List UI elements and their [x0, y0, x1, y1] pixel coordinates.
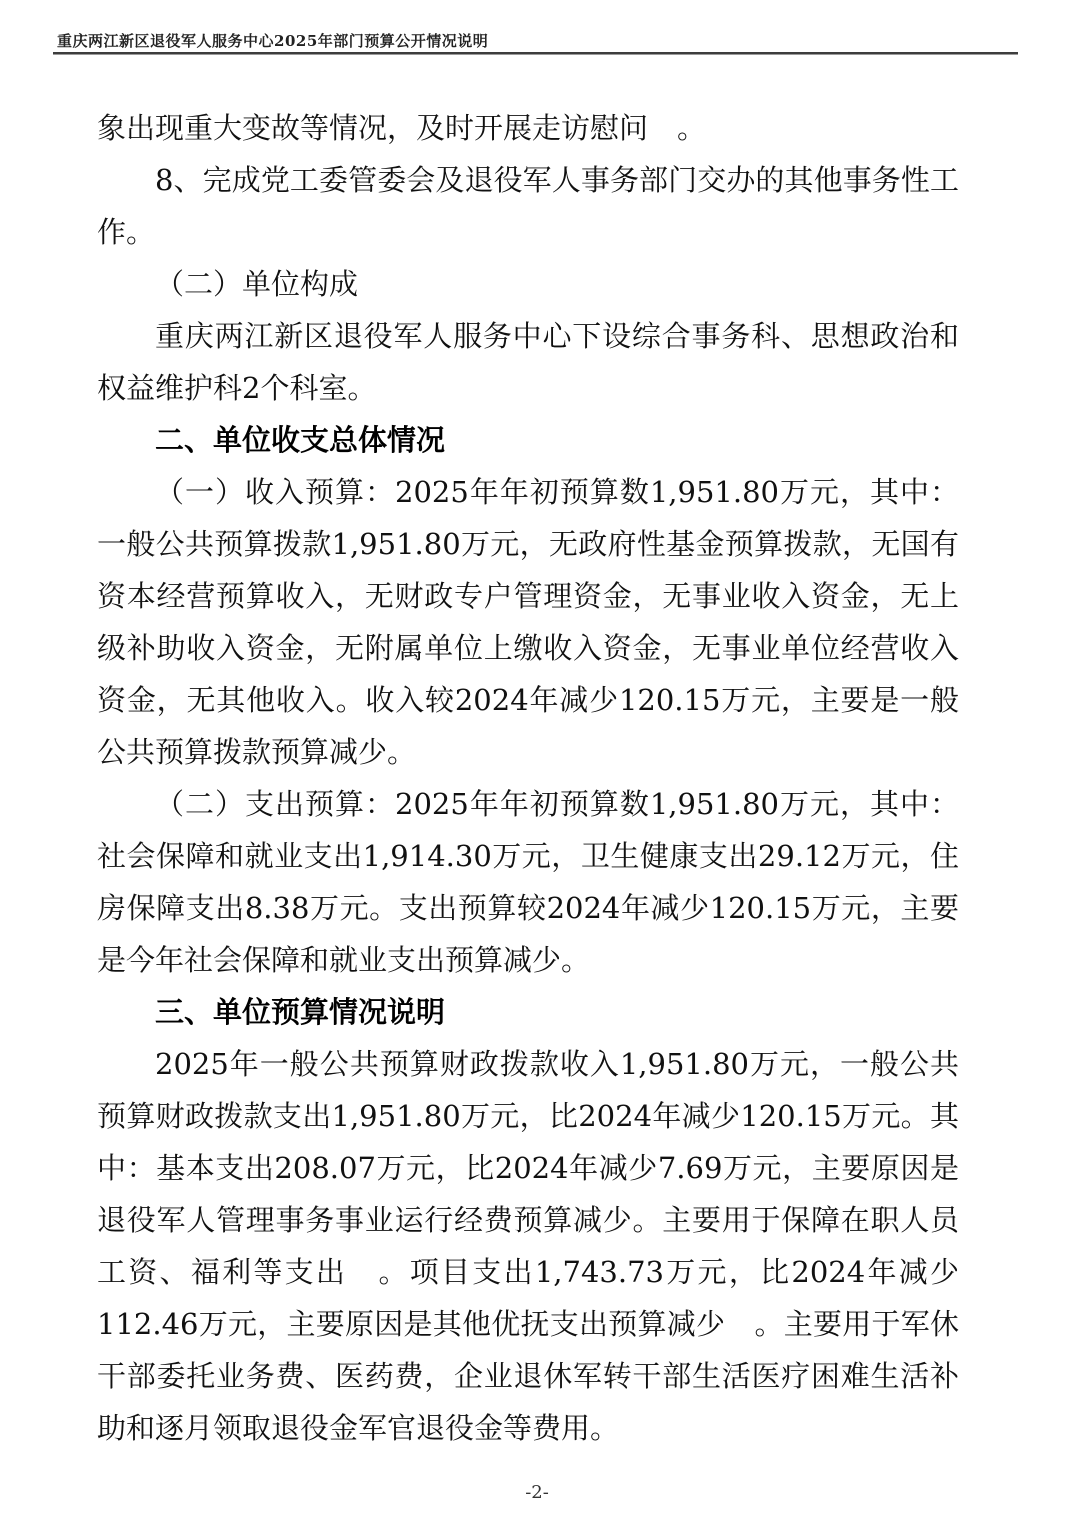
- paragraph-budget-explanation-body: 2025年一般公共预算财政拨款收入1,951.80万元，一般公共预算财政拨款支出…: [97, 1038, 959, 1454]
- paragraph-expense-budget: （二）支出预算：2025年年初预算数1,951.80万元，其中：社会保障和就业支…: [97, 778, 959, 986]
- paragraph-item-8: 8、完成党工委管委会及退役军人事务部门交办的其他事务性工作。: [97, 154, 959, 258]
- running-header-title: 重庆两江新区退役军人服务中心2025年部门预算公开情况说明: [57, 30, 488, 51]
- paragraph-subheading-unit-composition: （二）单位构成: [97, 258, 959, 310]
- section-heading-income-expense-overview: 二、单位收支总体情况: [97, 414, 959, 466]
- paragraph-income-budget: （一）收入预算：2025年年初预算数1,951.80万元，其中：一般公共预算拨款…: [97, 466, 959, 778]
- document-body: 象出现重大变故等情况，及时开展走访慰问 。 8、完成党工委管委会及退役军人事务部…: [97, 102, 959, 1454]
- paragraph-unit-composition-body: 重庆两江新区退役军人服务中心下设综合事务科、思想政治和权益维护科2个科室。: [97, 310, 959, 414]
- section-heading-budget-explanation: 三、单位预算情况说明: [97, 986, 959, 1038]
- header-rule-divider: [53, 52, 1018, 55]
- page-number: -2-: [0, 1482, 1074, 1503]
- document-page: 重庆两江新区退役军人服务中心2025年部门预算公开情况说明 象出现重大变故等情况…: [0, 0, 1074, 1520]
- paragraph-continuation: 象出现重大变故等情况，及时开展走访慰问 。: [97, 102, 959, 154]
